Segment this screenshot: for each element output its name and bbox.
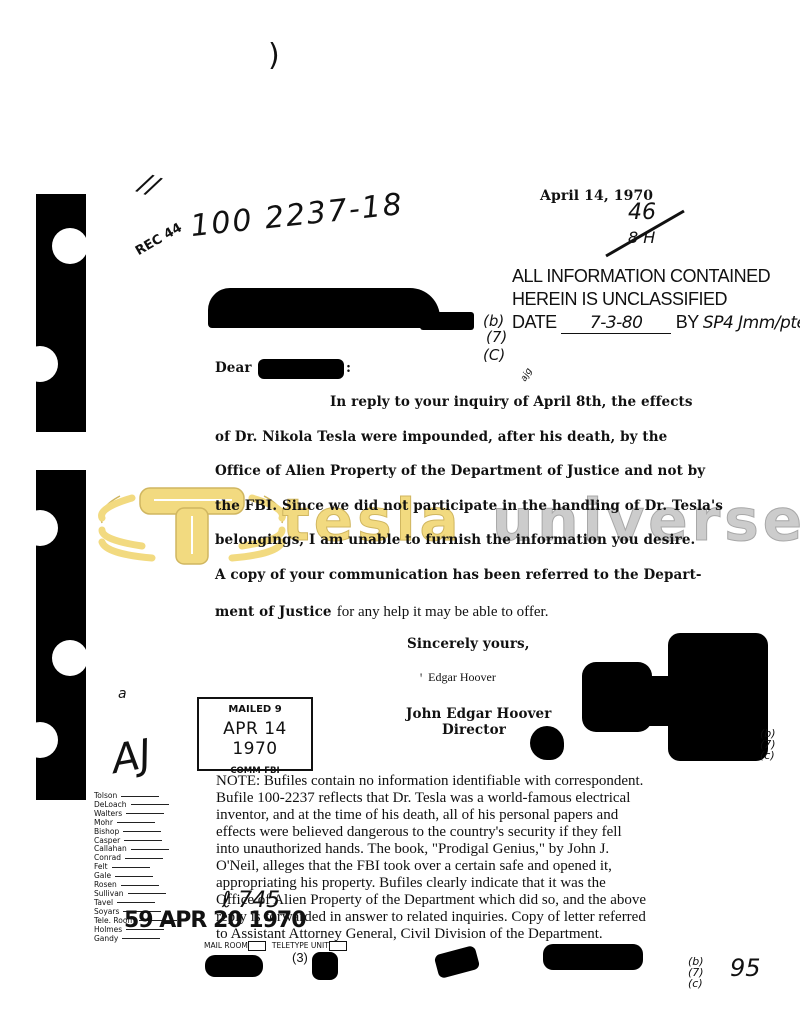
initials-mark: ajg bbox=[519, 367, 535, 384]
redacted-bottom bbox=[205, 955, 263, 977]
punch-hole bbox=[22, 722, 58, 758]
redacted-address-tail bbox=[420, 312, 474, 330]
exemption-mark-c: (C) bbox=[483, 346, 505, 364]
stray-mark: ) bbox=[268, 38, 280, 73]
classification-signature: SP4 Jmm/pte bbox=[703, 313, 800, 333]
page-number-handwritten: 95 bbox=[730, 954, 761, 982]
punch-hole bbox=[22, 346, 58, 382]
note-line-2: Bufile 100-2237 reflects that Dr. Tesla … bbox=[216, 790, 630, 806]
redacted-recipient-name bbox=[258, 359, 344, 379]
body-line-1: In reply to your inquiry of April 8th, t… bbox=[330, 394, 693, 410]
punch-hole bbox=[52, 228, 88, 264]
redacted-bottom bbox=[434, 945, 481, 979]
body-line-3: Office of Alien Property of the Departme… bbox=[215, 463, 705, 479]
closing: Sincerely yours, bbox=[407, 636, 530, 652]
body-line-2: of Dr. Nikola Tesla were impounded, afte… bbox=[215, 429, 667, 445]
redacted-block-right bbox=[668, 633, 768, 761]
mailed-stamp: MAILED 9 APR 14 1970 COMM-FBI bbox=[197, 697, 313, 771]
teletype-checkbox bbox=[329, 941, 347, 951]
mail-room-label: MAIL ROOM bbox=[204, 941, 248, 950]
tesla-universe-watermark: tesla universe bbox=[92, 478, 712, 568]
redacted-address bbox=[208, 288, 440, 328]
redacted-bottom bbox=[312, 952, 338, 980]
exemption-mark-right: (b)(7)(c) bbox=[760, 728, 776, 761]
handwritten-file-number: 100 2237-18 bbox=[189, 187, 406, 244]
note-line-5: into unauthorized hands. The book, "Prod… bbox=[216, 841, 609, 857]
redacted-bottom bbox=[543, 944, 643, 970]
salutation: Dear bbox=[215, 360, 252, 376]
handwritten-mark-46: 46 bbox=[628, 200, 656, 225]
handwritten-slash-mark: // bbox=[135, 168, 162, 202]
handwritten-mark-received: ℓ 745 bbox=[222, 888, 280, 913]
mailed-stamp-date: APR 14 1970 bbox=[199, 719, 311, 759]
body-line-4: the FBI. Since we did not participate in… bbox=[215, 498, 723, 514]
classification-date: 7-3-80 bbox=[561, 313, 671, 334]
classification-date-label: DATE bbox=[512, 312, 557, 332]
signer-name: John Edgar Hoover bbox=[406, 706, 551, 722]
copies-mark: (3) bbox=[292, 950, 308, 965]
rec-stamp: REC 44 bbox=[133, 220, 185, 259]
body-line-5: belongings, I am unable to furnish the i… bbox=[215, 532, 695, 548]
punch-hole bbox=[52, 640, 88, 676]
note-line-4: effects were believed dangerous to the c… bbox=[216, 824, 622, 840]
exemption-mark-7: (7) bbox=[486, 328, 507, 346]
salutation-colon: : bbox=[346, 360, 351, 376]
signature-tick: ꞌ bbox=[420, 670, 428, 684]
handwritten-mark-small: a bbox=[118, 686, 127, 702]
body-line-6: A copy of your communication has been re… bbox=[215, 567, 702, 583]
body-line-7-tail: for any help it may be able to offer. bbox=[337, 604, 549, 620]
routing-item: Gandy bbox=[94, 935, 177, 944]
note-line-8: Office of Alien Property of the Departme… bbox=[216, 892, 646, 908]
note-line-1: NOTE: Bufiles contain no information ide… bbox=[216, 773, 643, 789]
mail-room-field: MAIL ROOMTELETYPE UNIT bbox=[204, 941, 347, 951]
body-line-7-head: ment of Justice bbox=[215, 604, 332, 620]
classification-by-label: BY bbox=[676, 312, 699, 332]
teletype-unit-label: TELETYPE UNIT bbox=[272, 941, 329, 950]
punch-hole bbox=[22, 510, 58, 546]
signature-stamp: ꞌ Edgar Hoover bbox=[420, 670, 496, 685]
classification-line-3: DATE 7-3-80 BY SP4 Jmm/pte bbox=[512, 312, 800, 334]
exemption-mark-bottom: (b)(7)(c) bbox=[688, 956, 704, 989]
signature-stamp-text: Edgar Hoover bbox=[428, 670, 496, 684]
classification-line-2: HEREIN IS UNCLASSIFIED bbox=[512, 289, 727, 310]
mailed-stamp-line-1: MAILED 9 bbox=[199, 704, 311, 715]
body-line-7: ment of Justice for any help it may be a… bbox=[215, 601, 548, 621]
handwritten-initials-left: AJ bbox=[108, 731, 155, 783]
redacted-block-small bbox=[530, 726, 564, 760]
note-line-6: O'Neil, alleges that the FBI took over a… bbox=[216, 858, 612, 874]
mail-room-checkbox bbox=[248, 941, 266, 951]
tesla-logo-icon bbox=[92, 478, 292, 568]
signer-title: Director bbox=[442, 722, 506, 738]
note-line-3: inventor, and at the time of his death, … bbox=[216, 807, 618, 823]
classification-line-1: ALL INFORMATION CONTAINED bbox=[512, 266, 770, 287]
